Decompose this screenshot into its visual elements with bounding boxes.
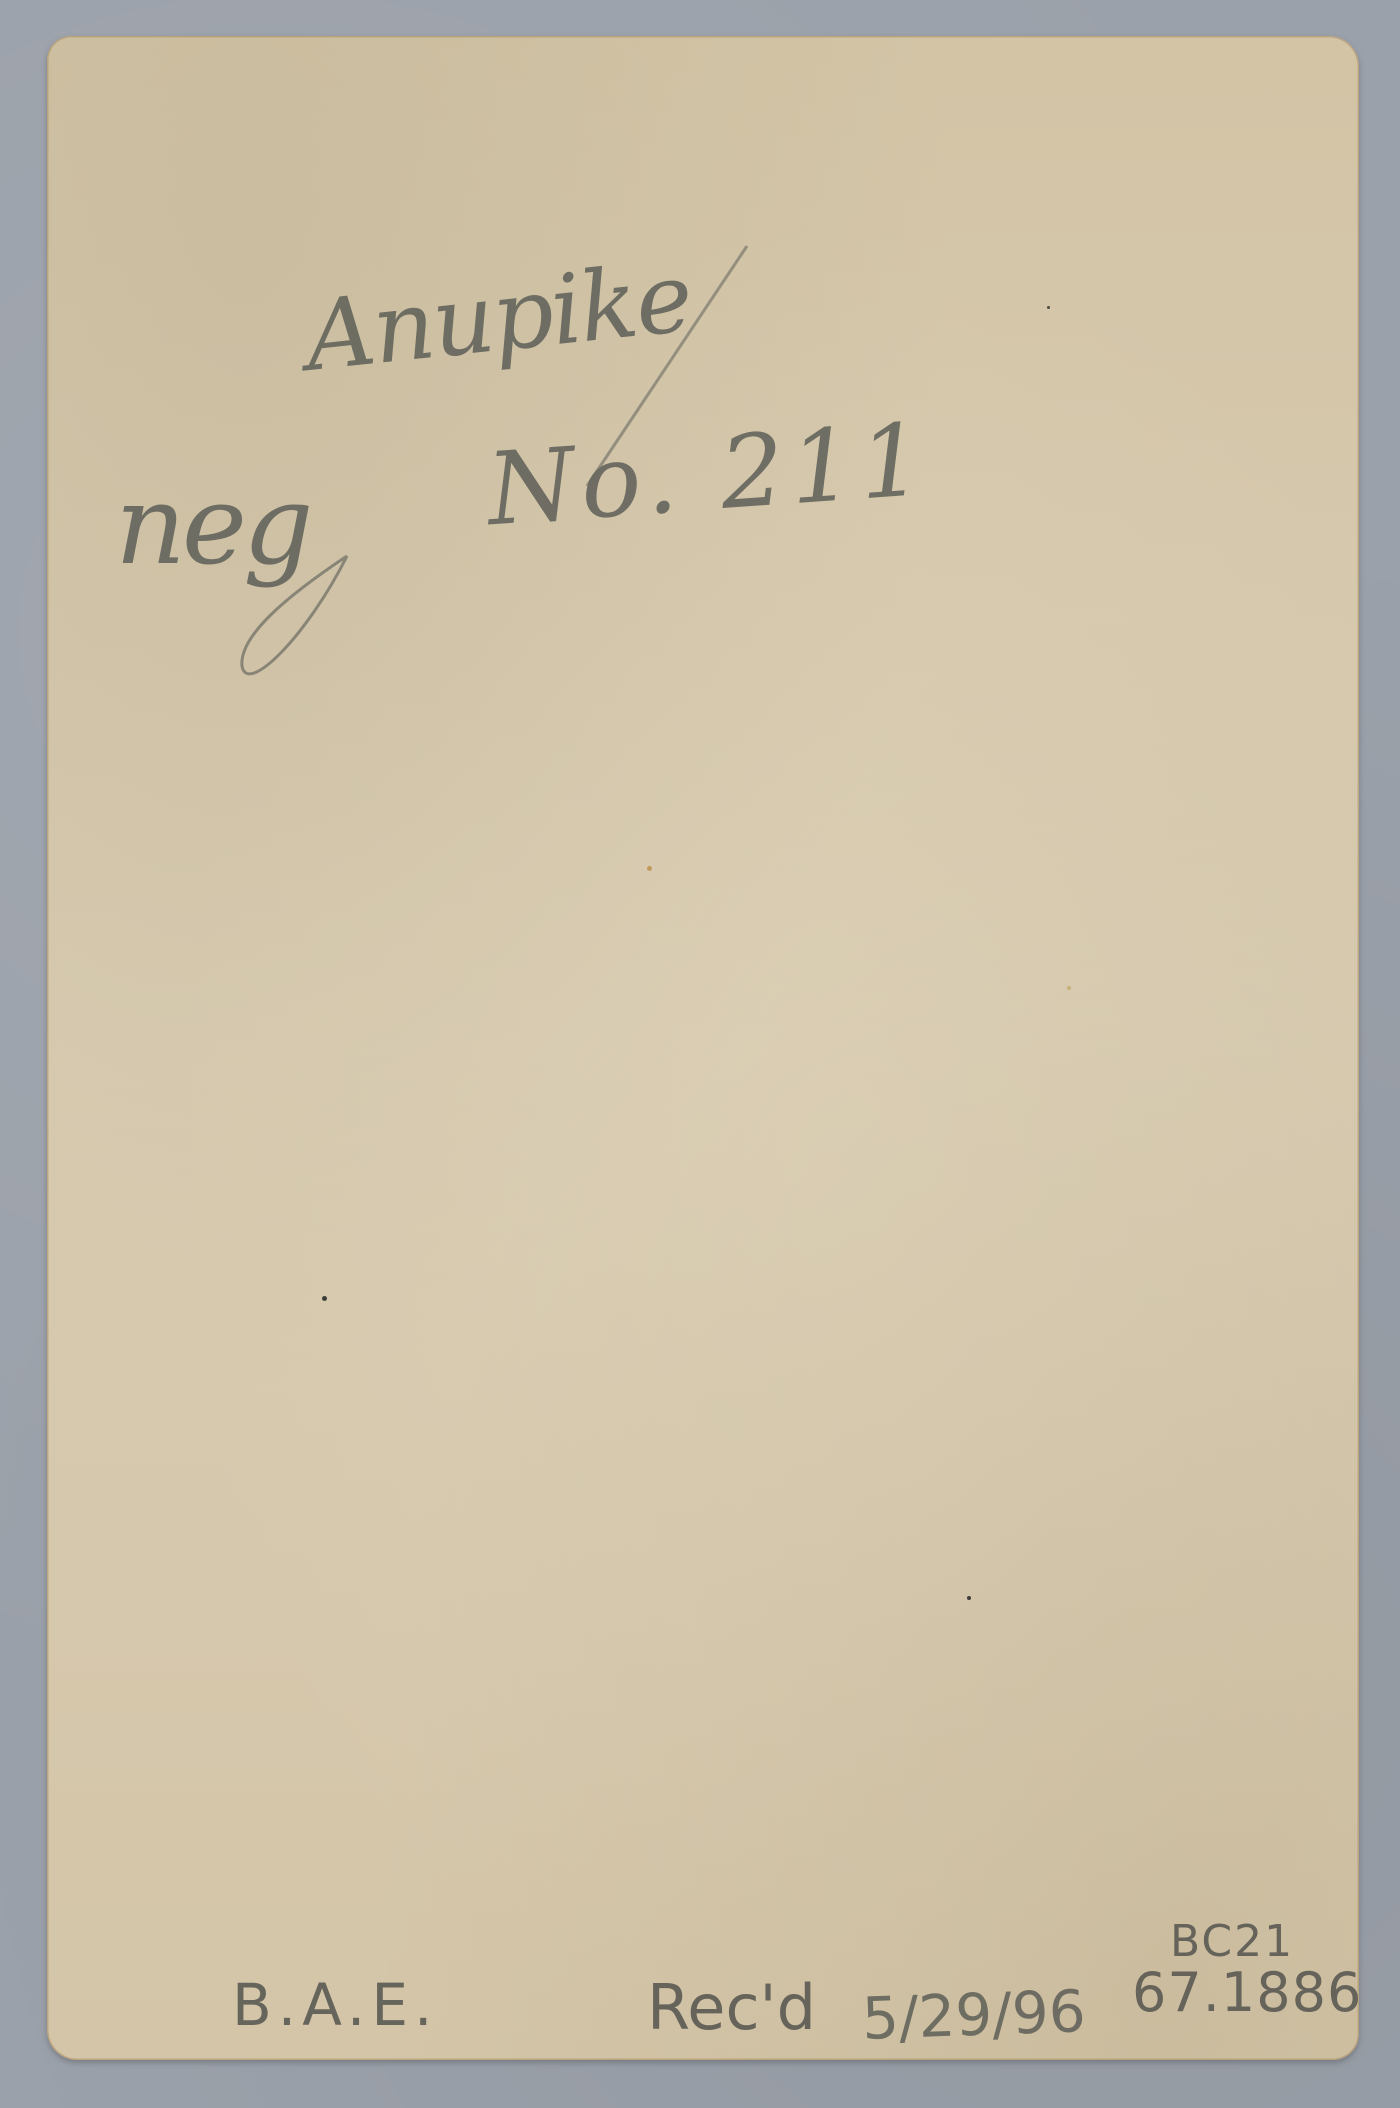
photo-card-verso: Anupike neg No. 211 B.A.E. Rec'd 5/29/96… (47, 36, 1359, 2060)
accession-number: 67.1886 (1132, 1961, 1362, 2024)
handwritten-neg-label: neg (115, 461, 309, 589)
paper-speck (322, 1296, 327, 1301)
paper-speck (967, 1596, 971, 1600)
received-date: 5/29/96 (861, 1977, 1087, 2053)
received-label: Rec'd (647, 1971, 816, 2044)
paper-speck (647, 866, 652, 871)
paper-speck (1067, 986, 1071, 990)
agency-initials: B.A.E. (232, 1971, 438, 2039)
paper-speck (1047, 306, 1050, 309)
handwritten-name: Anupike (300, 241, 696, 393)
pencil-strokes-decoration (47, 36, 1359, 2060)
catalog-code: BC21 (1170, 1916, 1294, 1967)
handwritten-neg-number: No. 211 (483, 401, 932, 549)
